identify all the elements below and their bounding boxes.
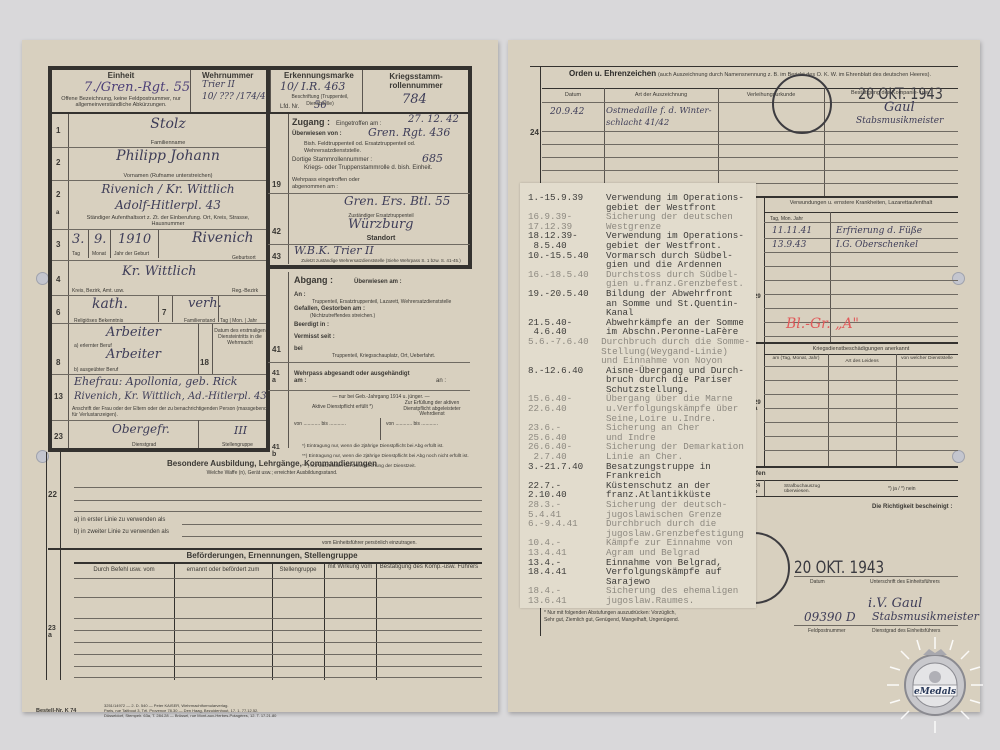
battle-entry: 16.-18.5.40Durchstoss durch Südbel- gien… — [528, 270, 750, 289]
familienname-label: Familienname — [70, 140, 266, 147]
angehoerige-line-1: Ehefrau: Apollonia, geb. Rick — [74, 375, 237, 388]
battle-description: Vormarsch durch Südbel- gien und die Ard… — [606, 251, 750, 270]
row-number: 13 — [54, 392, 63, 401]
row-number: 1 — [56, 126, 60, 135]
row-number: 6 — [56, 308, 60, 317]
battle-entry: 23.6.- 25.6.40Sicherung an Cher und Indr… — [528, 423, 750, 442]
col-header: mit Wirkung vom — [324, 564, 376, 570]
wehrpass-label: Wehrpass eingetroffen oder abgenommen am… — [292, 177, 382, 191]
col-header: Art des Leidens — [828, 358, 896, 365]
battle-entry: 28.3.- 5.4.41Sicherung der deutsch- jugo… — [528, 500, 750, 519]
dienstgrad-value: Obergefr. — [112, 422, 170, 436]
erkennungsmarke-label: Erkennungsmarke — [284, 72, 354, 79]
unterschrift-label: Unterschrift des Einheitsführers — [870, 579, 940, 586]
battle-description: Sicherung der Demarkation Linie an Cher. — [606, 442, 750, 461]
battle-entry: 26.6.40- 2.7.40Sicherung der Demarkation… — [528, 442, 750, 461]
kreis-value: Kr. Wittlich — [122, 264, 196, 279]
religion-value: kath. — [92, 296, 128, 312]
battle-date: 3.-21.7.40 — [528, 462, 606, 481]
strafen-label: Strafbuchauszug überwiesen. — [784, 484, 834, 494]
abgang-footnote-1: *) Eintragung nur, wenn die 2jährige Die… — [302, 444, 470, 449]
battle-description: Bildung der Abwehrfront an Somme und St.… — [606, 289, 750, 318]
battle-entry: 6.-9.4.41Durchbruch durch die jugoslaw.G… — [528, 519, 750, 538]
beruf-b-value: Arbeiter — [106, 347, 161, 362]
gefallen-label: Gefallen, Gestorben am : — [294, 306, 365, 313]
orden-signature-rank: Stabsmusikmeister — [856, 116, 943, 126]
battle-entry: 21.5.40- 4.6.40Abwehrkämpfe an der Somme… — [528, 318, 750, 337]
battle-date: 8.-12.6.40 — [528, 366, 606, 395]
blood-group-note: Bl.-Gr. „A" — [786, 316, 859, 332]
col-header: von welcher Dienststelle — [896, 356, 958, 361]
datum-label: Datum des erstmaligen Diensteintritts in… — [214, 328, 266, 346]
verwundung-date: 11.11.41 — [772, 226, 812, 236]
regbezirk-label: Reg.-Bezirk — [232, 288, 258, 295]
battle-description: Übergang über die Marne u.Verfolgungskäm… — [606, 394, 750, 423]
battle-list-paper: 1.-15.9.39Verwendung im Operations- gebi… — [520, 183, 756, 608]
battle-date: 5.6.-7.6.40 — [528, 337, 601, 366]
battle-description: Durchstoss durch Südbel- gien u.franz.Gr… — [606, 270, 750, 289]
battle-description: Verwendung im Operations- gebiet der Wes… — [606, 231, 750, 250]
col-header: Datum — [542, 92, 604, 99]
battle-entry: 18.12.39- 8.5.40Verwendung im Operations… — [528, 231, 750, 250]
aufenthalt-line-1: Rivenich / Kr. Wittlich — [70, 182, 266, 196]
battle-date: 23.6.- 25.6.40 — [528, 423, 606, 442]
row-number: 18 — [200, 358, 209, 367]
einheit-label: Einheit — [52, 72, 190, 79]
battle-description: Sicherung der deutschen Westgrenze — [606, 212, 750, 231]
richtigkeit-label: Die Richtigkeit bescheinigt : — [872, 504, 952, 511]
battle-list: 1.-15.9.39Verwendung im Operations- gebi… — [520, 183, 756, 606]
battle-date: 13.4.- 18.4.41 — [528, 558, 606, 587]
battle-entry: 8.-12.6.40Aisne-Übergang und Durch- bruc… — [528, 366, 750, 395]
battle-date: 16.-18.5.40 — [528, 270, 606, 289]
dienstgrad-label: Dienstgrad — [132, 442, 156, 449]
battle-description: Sicherung des ehemaligen jugoslaw.Raumes… — [606, 586, 750, 605]
battle-entry: 18.4.- 13.6.41Sicherung des ehemaligen j… — [528, 586, 750, 605]
cert-stamp-date: 20 OKT. 1943 — [794, 558, 884, 578]
ueberwiesen-value: Gren. Rgt. 436 — [368, 126, 450, 139]
battle-date: 10.-15.5.40 — [528, 251, 606, 270]
feldpost-label: Feldpostnummer — [808, 628, 846, 635]
battle-date: 18.4.- 13.6.41 — [528, 586, 606, 605]
kriegs-label: Kriegs- oder Truppenstammrolle d. bish. … — [304, 165, 432, 172]
battle-entry: 16.9.39- 17.12.39Sicherung der deutschen… — [528, 212, 750, 231]
battle-description: Durchbruch durch die Somme- Stellung(Wey… — [601, 337, 750, 366]
orden-heading: Orden u. Ehrenzeichen (auch Auszeichnung… — [542, 70, 958, 79]
an-note: Truppenteil, Ersatztruppenteil, Lazarett… — [312, 299, 451, 306]
battle-entry: 5.6.-7.6.40Durchbruch durch die Somme- S… — [528, 337, 750, 366]
ausbildung-title: Besondere Ausbildung, Lehrgänge, Kommand… — [62, 460, 482, 467]
battle-date: 16.9.39- 17.12.39 — [528, 212, 606, 231]
row-number: 41 a — [272, 370, 282, 384]
battle-date: 1.-15.9.39 — [528, 193, 606, 212]
erkennungsmarke-value: 10/ I.R. 463 — [280, 80, 345, 93]
battle-description: Sicherung der deutsch- jugoslawischen Gr… — [606, 500, 750, 519]
stellengruppe-label: Stellengruppe — [222, 442, 253, 449]
emedals-brand: eMedals — [914, 687, 956, 697]
beerdigt-label: Beerdigt in : — [294, 322, 329, 329]
col-header: Bestätigung des Komp.-usw. Führers — [376, 564, 482, 570]
orden-datum: 20.9.42 — [550, 107, 584, 117]
birth-month: 9. — [94, 232, 106, 247]
stammrolle-value: 685 — [422, 152, 443, 165]
standort-label: Standort — [292, 235, 470, 242]
kreis-label: Kreis, Bezirk, Amt. usw. — [72, 288, 124, 295]
familienstand-value: verh. — [188, 296, 222, 311]
row-number: 22 — [48, 490, 57, 499]
cert-rank-label: Dienstgrad des Einheitsführers — [872, 628, 940, 635]
row-number: 3 — [56, 240, 60, 249]
angehoerige-label: Anschrift der Frau oder der Eltern oder … — [72, 406, 268, 418]
befoerderungen-title: Beförderungen, Ernennungen, Stellengrupp… — [62, 552, 482, 559]
vorname-value: Philipp Johann — [70, 148, 266, 164]
col-header: Art der Auszeichnung — [604, 92, 718, 99]
bei-label: bei — [294, 346, 303, 353]
battle-description: Sicherung an Cher und Indre — [606, 423, 750, 442]
row-number: 4 — [56, 275, 60, 284]
ueberwiesen-label: Überwiesen von : — [292, 131, 342, 138]
battle-date: 15.6.40- 22.6.40 — [528, 394, 606, 423]
verwundungen-title: Verwundungen u. ernstere Krankheiten, La… — [764, 200, 958, 206]
aufenthalt-line-2: Adolf-Hitlerpl. 43 — [70, 198, 266, 212]
monat-label: Monat — [92, 251, 106, 258]
col-header: ernannt oder befördert zum — [174, 567, 272, 574]
ersatz-truppenteil-value: Gren. Ers. Btl. 55 — [344, 194, 450, 208]
row-number: 19 — [272, 180, 281, 189]
orden-art-line-1: Ostmedaille f. d. Winter- — [606, 106, 712, 116]
verwundung-text: I.G. Oberschenkel — [836, 240, 918, 250]
printer-line-3: Düsseldorf, Stempelr. 63a, T. 284.28 — B… — [104, 714, 276, 719]
battle-description: Kämpfe zur Einnahme von Agram und Belgra… — [606, 538, 750, 557]
kriegsdienst-title: Kriegsdienstbeschädigungen anerkannt — [764, 346, 958, 353]
battle-description: Besatzungstruppe in Frankreich — [606, 462, 750, 481]
ausbildung-subtitle: Welche Waffe (n), Gerät usw.; erreichter… — [62, 470, 482, 477]
jahr-label: Jahr der Geburt — [114, 251, 149, 258]
row-number: 2 — [56, 158, 60, 167]
stellengruppe-value: III — [234, 424, 247, 437]
row-number: 42 — [272, 227, 281, 236]
col-header: Stellengruppe — [272, 567, 324, 574]
battle-date: 10.4.- 13.4.41 — [528, 538, 606, 557]
feldpost-stamp — [772, 74, 832, 134]
battle-description: Küstenschutz an der franz.Atlantikküste — [606, 481, 750, 500]
punch-hole — [952, 450, 965, 463]
battle-entry: 19.-20.5.40Bildung der Abwehrfront an So… — [528, 289, 750, 318]
battle-date: 21.5.40- 4.6.40 — [528, 318, 606, 337]
strafen-value: *) ja / *) nein — [888, 486, 916, 493]
col-header: Durch Befehl usw. vom — [74, 567, 174, 574]
stammrolle-label: Dortige Stammrollennummer : — [292, 157, 372, 164]
emedals-badge-icon: eMedals — [885, 635, 985, 735]
verwundung-date: 13.9.43 — [772, 240, 806, 250]
bestell-nr: Bestell-Nr. K 74 — [36, 708, 76, 715]
kriegsstamm-label: Kriegsstamm-rollennummer — [364, 72, 468, 90]
beruf-a-value: Arbeiter — [106, 325, 161, 340]
von-bis-left: von ............ bis ............ — [294, 421, 346, 428]
row-number: 8 — [56, 358, 60, 367]
verwendung-a-label: a) in erster Linie zu verwenden als — [74, 517, 165, 524]
abgang-title: Abgang : — [294, 277, 333, 284]
birth-year: 1910 — [118, 232, 151, 247]
row-number: 24 — [530, 128, 539, 137]
bish-label: Bish. Feldtruppenteil od. Ersatztruppent… — [304, 141, 472, 154]
battle-description: Abwehrkämpfe an der Somme im Abschn.Pero… — [606, 318, 750, 337]
lfd-nr-label: Lfd. Nr. — [280, 104, 299, 111]
row-number: 7 — [162, 308, 166, 317]
verwendung-b-label: b) in zweiter Linie zu verwenden als — [74, 529, 169, 536]
erfuellung-label: Zur Erfüllung der aktiven Dienstpflicht … — [392, 401, 472, 418]
punch-hole — [952, 272, 965, 285]
col-header: am (Tag, Monat, Jahr) — [764, 356, 828, 361]
wehrnummer-value-2: 10/ ??? /174/4 — [202, 92, 266, 102]
battle-date: 28.3.- 5.4.41 — [528, 500, 606, 519]
left-page: Einheit 7./Gren.-Rgt. 55 Offene Bezeichn… — [22, 40, 498, 712]
battle-entry: 1.-15.9.39Verwendung im Operations- gebi… — [528, 193, 750, 212]
cert-signature: i.V. Gaul — [868, 596, 922, 611]
an-label: An : — [294, 292, 306, 299]
wehrpass-abgesandt-label: Wehrpass abgesandt oder ausgehändigt am … — [294, 371, 414, 385]
bei-note: Truppenteil, Kriegsschauplatz, Ort, Uebe… — [332, 353, 435, 360]
emedals-watermark: eMedals — [885, 635, 985, 735]
familienname-value: Stolz — [70, 116, 266, 132]
eingetroffen-value: 27. 12. 42 — [408, 114, 459, 125]
gefallen-note: (Nichtzutreffendes streichen.) — [310, 313, 375, 320]
standort-value: Würzburg — [348, 217, 414, 232]
battle-date: 19.-20.5.40 — [528, 289, 606, 318]
angehoerige-line-2: Rivenich, Kr. Wittlich, Ad.-Hitlerpl. 43 — [74, 391, 267, 402]
tag-label: Tag — [72, 251, 80, 258]
battle-entry: 10.4.- 13.4.41Kämpfe zur Einnahme von Ag… — [528, 538, 750, 557]
lfd-nr-value: 56 — [314, 100, 327, 111]
battle-entry: 3.-21.7.40Besatzungstruppe in Frankreich — [528, 462, 750, 481]
battle-entry: 10.-15.5.40Vormarsch durch Südbel- gien … — [528, 251, 750, 270]
battle-description: Verwendung im Operations- gebiet der Wes… — [606, 193, 750, 212]
row-number: 41 b — [272, 444, 282, 458]
vorname-label: Vornamen (Rufname unterstreichen) — [70, 173, 266, 180]
battle-date: 22.7.- 2.10.40 — [528, 481, 606, 500]
vermisst-label: Vermisst seit : — [294, 334, 335, 341]
battle-entry: 13.4.- 18.4.41Einnahme von Belgrad, Verf… — [528, 558, 750, 587]
battle-description: Einnahme von Belgrad, Verfolgungskämpfe … — [606, 558, 750, 587]
battle-description: Durchbruch durch die jugoslaw.Grenzbefes… — [606, 519, 750, 538]
aktive-label: Aktive Dienstpflicht erfüllt *) — [312, 404, 373, 411]
einheit-value: 7./Gren.-Rgt. 55 — [84, 80, 190, 95]
von-bis-right: von ............ bis ............ — [386, 421, 438, 428]
wbk-value: W.B.K. Trier II — [294, 244, 374, 257]
geburtsort-value: Rivenich — [192, 230, 254, 246]
battle-date: 18.12.39- 8.5.40 — [528, 231, 606, 250]
row-number: a — [56, 210, 59, 216]
orden-art-line-2: schlacht 41/42 — [606, 118, 669, 128]
battle-description: Aisne-Übergang und Durch- bruch durch di… — [606, 366, 750, 395]
kriegsstamm-value: 784 — [402, 92, 427, 107]
row-number: 41 — [272, 345, 281, 354]
row-number: 23 a — [48, 625, 60, 639]
einheit-note: Offene Bezeichnung, keine Feldpostnummer… — [52, 96, 190, 108]
verwundung-text: Erfrierung d. Füße — [836, 226, 922, 236]
wbk-label: Zuletzt zuständige Wehrersatzdienststell… — [292, 258, 470, 263]
feldpostnummer-value: 09390 D — [804, 610, 856, 624]
orden-title: Orden u. Ehrenzeichen — [569, 69, 656, 78]
datum-label: Datum — [810, 579, 825, 586]
an2-label: an : — [436, 378, 446, 385]
row-number: 43 — [272, 252, 281, 261]
battle-date: 26.6.40- 2.7.40 — [528, 442, 606, 461]
battle-entry: 15.6.40- 22.6.40Übergang über die Marne … — [528, 394, 750, 423]
cert-rank-value: Stabsmusikmeister — [872, 610, 979, 623]
abgang-ueberwiesen-label: Überwiesen am : — [354, 279, 402, 286]
orden-signature: Gaul — [884, 100, 915, 115]
row-number: 23 — [54, 432, 63, 441]
zugang-title: Zugang : — [292, 119, 330, 126]
wehrnummer-value-1: Trier II — [202, 80, 235, 90]
row-number: 2 — [56, 190, 60, 199]
battle-date: 6.-9.4.41 — [528, 519, 606, 538]
battle-entry: 22.7.- 2.10.40Küstenschutz an der franz.… — [528, 481, 750, 500]
ausbildung-note: vom Einheitsführer persönlich einzutrage… — [322, 540, 417, 547]
wehrnummer-label: Wehrnummer — [202, 72, 253, 79]
grading-note: * Nur mit folgenden Abstufungen auszudrü… — [544, 610, 682, 624]
birth-day: 3. — [72, 232, 84, 247]
beruf-b-label: b) ausgeübter Beruf — [74, 367, 118, 374]
aufenthalt-label: Ständiger Aufenthaltsort z. Zt. der Einb… — [70, 215, 266, 227]
